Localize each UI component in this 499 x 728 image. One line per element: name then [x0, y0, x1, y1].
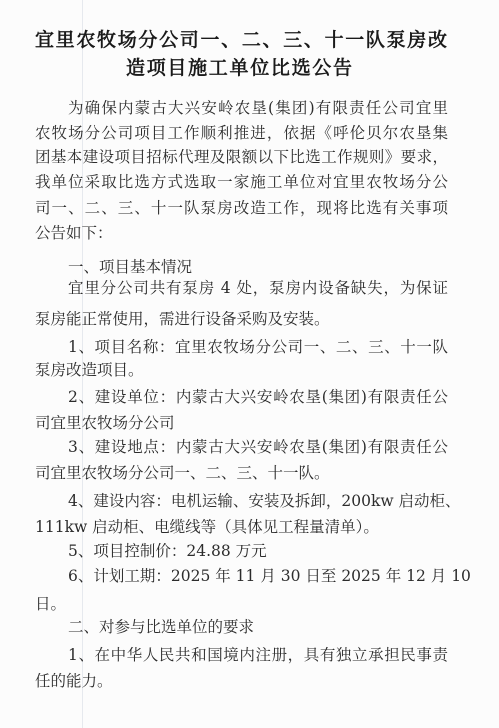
item-location-cont: 司宜里农牧场分公司一、二、三、十一队。: [35, 463, 330, 483]
section1-summary-line: 泵房能正常使用，需进行设备采购及安装。: [35, 309, 330, 329]
item-builder: 2、建设单位：内蒙古大兴安岭农垦(集团)有限责任公: [68, 387, 448, 407]
item-schedule: 6、计划工期：2025 年 11 月 30 日至 2025 年 12 月 10: [68, 566, 448, 586]
document-title-line1: 宜里农牧场分公司一、二、三、十一队泵房改: [35, 28, 447, 52]
req-registration: 1、在中华人民共和国境内注册，具有独立承担民事责: [68, 645, 448, 665]
intro-line: 公告如下：: [35, 223, 113, 243]
document-title-line2: 造项目施工单位比选公告: [126, 56, 352, 80]
intro-line: 司一、二、三、十一队泵房改造工作，现将比选有关事项: [35, 198, 448, 218]
document-page: 宜里农牧场分公司一、二、三、十一队泵房改 造项目施工单位比选公告 为确保内蒙古大…: [0, 0, 499, 728]
section2-heading: 二、对参与比选单位的要求: [68, 617, 254, 637]
item-control-price: 5、项目控制价：24.88 万元: [68, 541, 267, 561]
section1-heading: 一、项目基本情况: [68, 257, 192, 277]
req-registration-cont: 任的能力。: [35, 671, 113, 691]
item-schedule-cont: 日。: [35, 594, 66, 614]
intro-line: 我单位采取比选方式选取一家施工单位对宜里农牧场分公: [35, 172, 448, 192]
item-content-cont: 111kw 启动柜、电缆线等（具体见工程量清单）。: [35, 517, 379, 537]
intro-line: 团基本建设项目招标代理及限额以下比选工作规则》要求，: [35, 147, 448, 167]
item-content: 4、建设内容：电机运输、安装及拆卸，200kw 启动柜、: [68, 491, 448, 511]
item-project-name: 1、项目名称：宜里农牧场分公司一、二、三、十一队: [68, 337, 448, 357]
item-project-name-cont: 泵房改造项目。: [35, 360, 144, 380]
item-builder-cont: 司宜里农牧场分公司: [35, 413, 175, 433]
section1-summary-line: 宜里分公司共有泵房 4 处，泵房内设备缺失，为保证: [68, 278, 448, 298]
intro-line: 为确保内蒙古大兴安岭农垦(集团)有限责任公司宜里: [68, 98, 448, 118]
item-location: 3、建设地点：内蒙古大兴安岭农垦(集团)有限责任公: [68, 437, 448, 457]
intro-line: 农牧场分公司项目工作顺利推进，依据《呼伦贝尔农垦集: [35, 123, 448, 143]
